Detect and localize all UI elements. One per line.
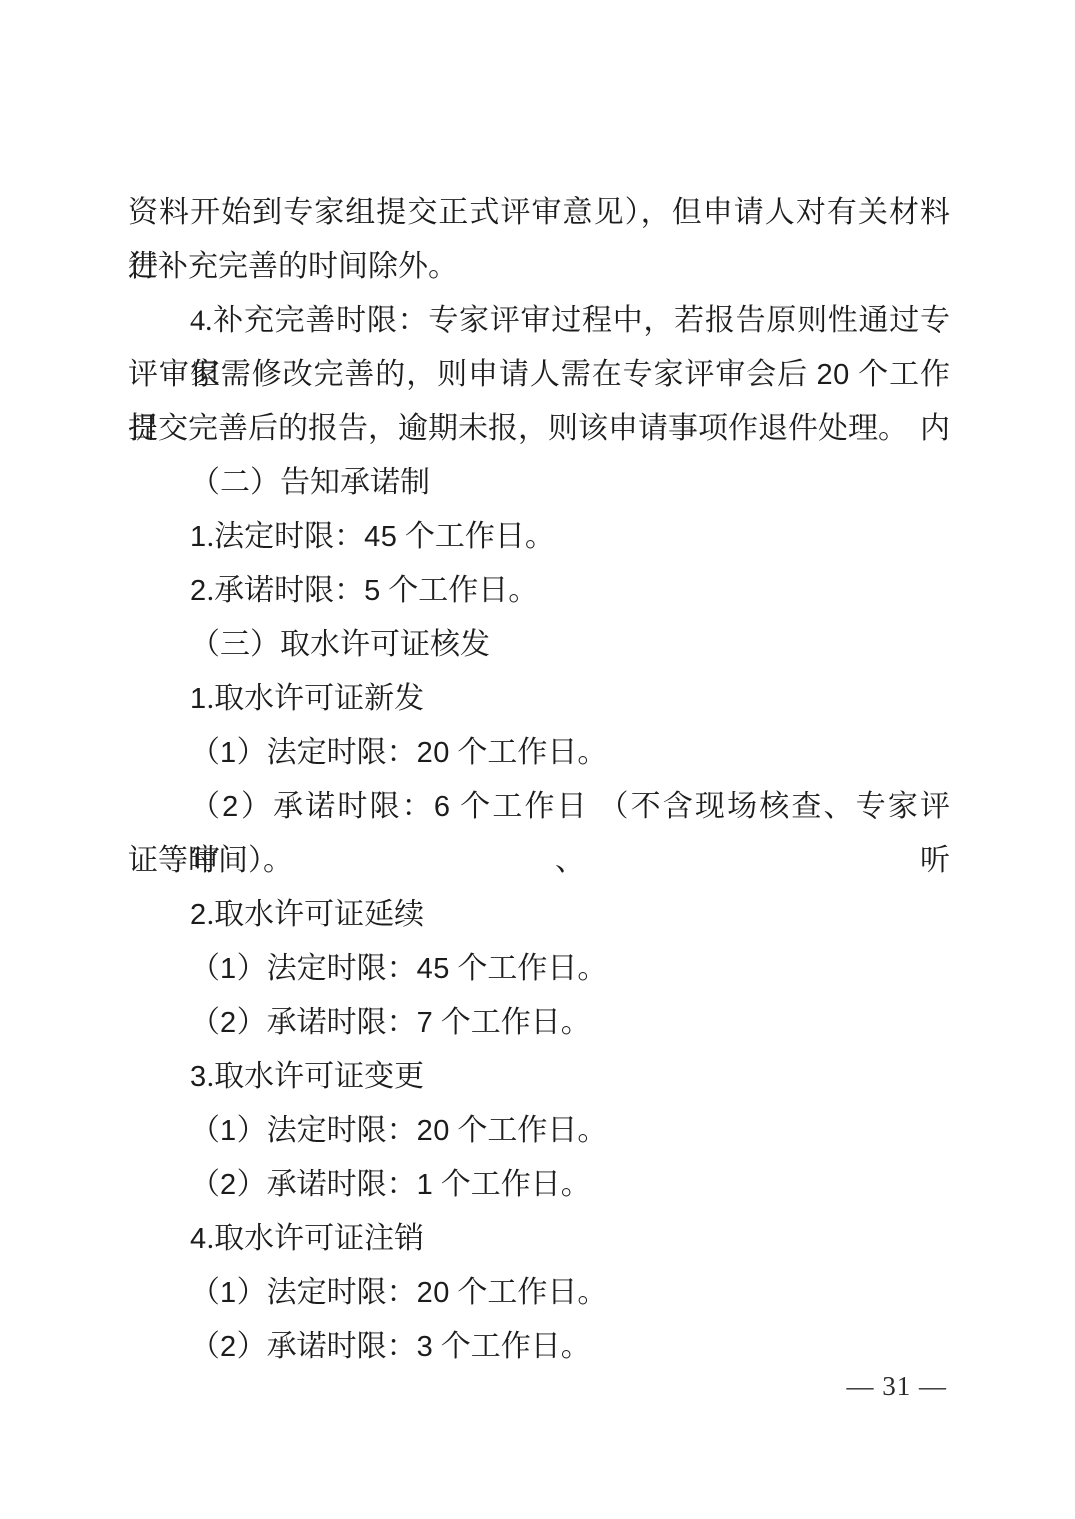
numeric-value: 2 <box>220 1007 237 1039</box>
text-line: 3.取水许可证变更 <box>128 1050 950 1104</box>
numeric-value: 1 <box>220 1277 237 1309</box>
document-page: 资料开始到专家组提交正式评审意见），但申请人对有关材料进行补充完善的时间除外。4… <box>0 0 1075 1519</box>
text-line: （2）承诺时限：3 个工作日。 <box>128 1320 950 1374</box>
numeric-value: 2 <box>220 1331 237 1363</box>
text-line: 提交完善后的报告，逾期未报，则该申请事项作退件处理。 <box>128 402 950 456</box>
text-line: 评审但需修改完善的，则申请人需在专家评审会后 20 个工作日内 <box>128 348 950 402</box>
numeric-value: 1 <box>190 521 207 553</box>
numeric-value: 1 <box>417 1169 434 1201</box>
numeric-value: 3 <box>190 1061 207 1093</box>
numeric-value: 4 <box>190 1223 207 1255</box>
text-line: 行补充完善的时间除外。 <box>128 240 950 294</box>
numeric-value: 20 <box>417 1277 450 1309</box>
numeric-value: 2 <box>222 791 239 823</box>
text-line: 4.取水许可证注销 <box>128 1212 950 1266</box>
numeric-value: 1 <box>220 737 237 769</box>
text-line: （2）承诺时限：7 个工作日。 <box>128 996 950 1050</box>
numeric-value: 7 <box>417 1007 434 1039</box>
text-line: （2）承诺时限：1 个工作日。 <box>128 1158 950 1212</box>
numeric-value: 1 <box>220 953 237 985</box>
numeric-value: 20 <box>417 737 450 769</box>
text-line: （1）法定时限：45 个工作日。 <box>128 942 950 996</box>
text-line: （二）告知承诺制 <box>128 456 950 510</box>
numeric-value: 45 <box>364 521 397 553</box>
text-line: （2）承诺时限：6 个工作日 （不含现场核查、专家评审、听 <box>128 780 950 834</box>
numeric-value: 1 <box>190 683 207 715</box>
page-number: — 31 — <box>847 1366 948 1406</box>
text-line: 2.承诺时限：5 个工作日。 <box>128 564 950 618</box>
text-line: （三）取水许可证核发 <box>128 618 950 672</box>
numeric-value: 5 <box>364 575 381 607</box>
numeric-value: 2 <box>190 575 207 607</box>
document-body: 资料开始到专家组提交正式评审意见），但申请人对有关材料进行补充完善的时间除外。4… <box>128 186 950 1374</box>
text-line: 2.取水许可证延续 <box>128 888 950 942</box>
numeric-value: 20 <box>417 1115 450 1147</box>
numeric-value: 6 <box>434 791 451 823</box>
text-line: （1）法定时限：20 个工作日。 <box>128 1266 950 1320</box>
numeric-value: 3 <box>417 1331 434 1363</box>
text-line: 1.法定时限：45 个工作日。 <box>128 510 950 564</box>
numeric-value: 2 <box>220 1169 237 1201</box>
text-line: 4.补充完善时限：专家评审过程中，若报告原则性通过专家 <box>128 294 950 348</box>
numeric-value: 2 <box>190 899 207 931</box>
numeric-value: 20 <box>817 359 850 391</box>
numeric-value: 1 <box>220 1115 237 1147</box>
text-line: 1.取水许可证新发 <box>128 672 950 726</box>
text-line: （1）法定时限：20 个工作日。 <box>128 1104 950 1158</box>
text-line: 资料开始到专家组提交正式评审意见），但申请人对有关材料进 <box>128 186 950 240</box>
text-line: （1）法定时限：20 个工作日。 <box>128 726 950 780</box>
numeric-value: 45 <box>417 953 450 985</box>
